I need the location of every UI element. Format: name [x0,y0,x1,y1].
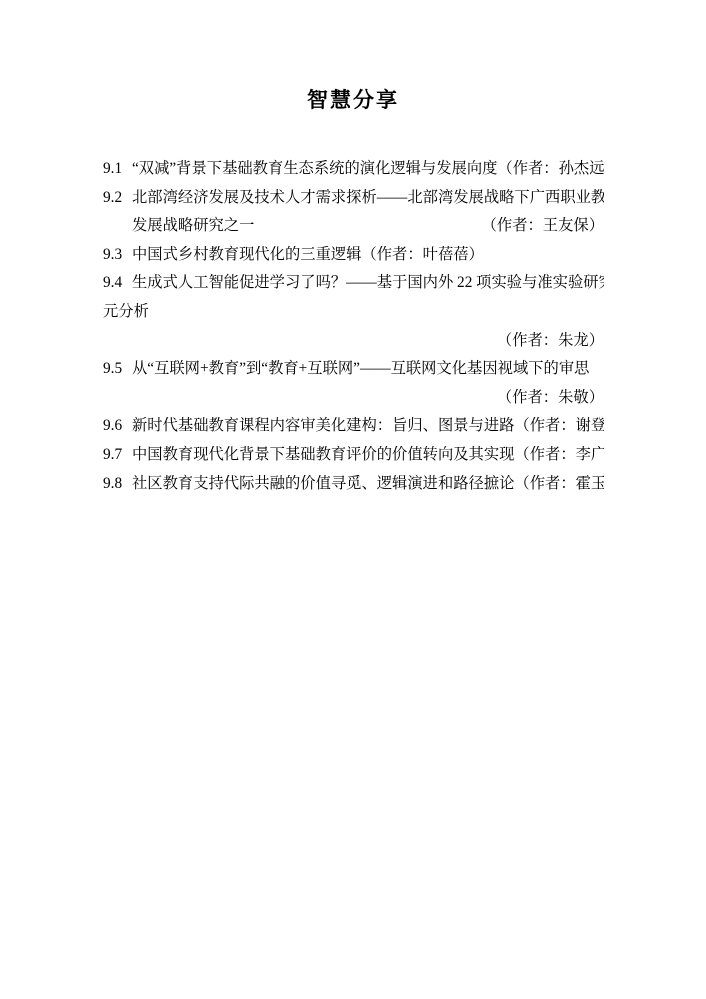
document-page: 智慧分享 9.1 “双减”背景下基础教育生态系统的演化逻辑与发展向度（作者：孙杰… [0,0,706,999]
item-number: 9.4 [103,269,132,298]
item-number: 9.8 [103,470,132,499]
article-list: 9.1 “双减”背景下基础教育生态系统的演化逻辑与发展向度（作者：孙杰远） 9.… [103,155,604,498]
list-item-9-6: 9.6 新时代基础教育课程内容审美化建构：旨归、图景与进路（作者：谢登斌) [103,412,604,441]
item-number: 9.3 [103,241,132,270]
item-author: （作者：朱敬） [497,384,604,413]
item-number: 9.2 [103,184,132,213]
item-text: 中国式乡村教育现代化的三重逻辑（作者：叶蓓蓓） [132,241,484,270]
item-number: 9.7 [103,441,132,470]
item-number: 9.6 [103,412,132,441]
list-item-9-4: 9.4 生成式人工智能促进学习了吗？——基于国内外 22 项实验与准实验研究的 [103,269,604,298]
item-number: 9.5 [103,355,132,384]
list-item-9-1: 9.1 “双减”背景下基础教育生态系统的演化逻辑与发展向度（作者：孙杰远） [103,155,604,184]
item-text: 中国教育现代化背景下基础教育评价的价值转向及其实现（作者：李广海） [132,441,604,470]
item-text: 社区教育支持代际共融的价值寻觅、逻辑演进和路径摭论（作者：霍玉文） [132,470,604,499]
list-item-9-7: 9.7 中国教育现代化背景下基础教育评价的价值转向及其实现（作者：李广海） [103,441,604,470]
list-item-9-4-author-line: （作者：朱龙） [103,327,604,356]
item-number: 9.1 [103,155,132,184]
item-author: （作者：王友保） [482,212,604,241]
item-author: （作者：朱龙） [497,327,604,356]
list-item-9-4-continued: 元分析 [103,298,604,327]
list-item-9-5-author-line: （作者：朱敬） [103,384,604,413]
list-item-9-2: 9.2 北部湾经济发展及技术人才需求探析——北部湾发展战略下广西职业教育 [103,184,604,213]
list-item-9-8: 9.8 社区教育支持代际共融的价值寻觅、逻辑演进和路径摭论（作者：霍玉文） [103,470,604,499]
list-item-9-5: 9.5 从“互联网+教育”到“教育+互联网”——互联网文化基因视域下的审思 [103,355,604,384]
item-text: “双减”背景下基础教育生态系统的演化逻辑与发展向度（作者：孙杰远） [132,155,604,184]
item-text: 新时代基础教育课程内容审美化建构：旨归、图景与进路（作者：谢登斌) [132,412,604,441]
item-text: 元分析 [103,298,149,327]
list-item-9-2-continued: 发展战略研究之一 （作者：王友保） [103,212,604,241]
item-text: 从“互联网+教育”到“教育+互联网”——互联网文化基因视域下的审思 [132,355,589,384]
item-text: 生成式人工智能促进学习了吗？——基于国内外 22 项实验与准实验研究的 [132,269,604,298]
item-text: 北部湾经济发展及技术人才需求探析——北部湾发展战略下广西职业教育 [132,184,604,213]
item-text: 发展战略研究之一 [103,212,254,241]
list-item-9-3: 9.3 中国式乡村教育现代化的三重逻辑（作者：叶蓓蓓） [103,241,604,270]
page-title: 智慧分享 [0,87,706,113]
